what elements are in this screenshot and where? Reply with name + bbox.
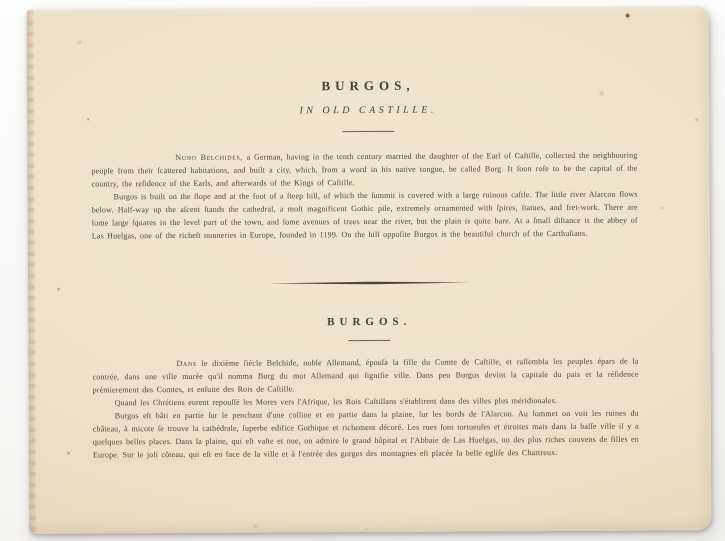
scanned-book-page: BURGOS, IN OLD CASTILLE. Nuno Belchides,… xyxy=(27,6,712,534)
french-heading: BURGOS. xyxy=(28,314,710,330)
title-rule xyxy=(342,131,394,132)
french-paragraph-1: Dans le dixième ſiécle Belchide, noble A… xyxy=(92,355,638,397)
page-title: BURGOS, xyxy=(27,76,709,96)
foxing-spot xyxy=(67,452,70,455)
paragraph-body: a German, having in the tenth century ma… xyxy=(91,151,637,189)
paragraph-lead: Dans xyxy=(176,359,196,368)
english-paragraph-1: Nuno Belchides, a German, having in the … xyxy=(91,149,637,191)
foxing-spot xyxy=(364,528,367,530)
english-title-block: BURGOS, IN OLD CASTILLE. xyxy=(27,76,709,134)
french-paragraph-3: Burgos eſt bâti en partie ſur le penchan… xyxy=(93,407,639,462)
french-heading-rule xyxy=(348,340,390,341)
french-text-column: Dans le dixième ſiécle Belchide, noble A… xyxy=(92,355,639,462)
english-text-column: Nuno Belchides, a German, having in the … xyxy=(91,149,637,243)
foxing-spot xyxy=(661,206,664,209)
section-divider xyxy=(28,279,710,287)
foxing-spot xyxy=(626,14,630,18)
french-title-block: BURGOS. xyxy=(28,314,710,343)
foxing-spot xyxy=(77,41,82,45)
foxing-spot xyxy=(57,288,60,291)
paragraph-body: le dixième ſiécle Belchide, noble Allema… xyxy=(93,357,639,395)
english-paragraph-2: Burgos is built on the ſlope and at the … xyxy=(92,188,638,243)
page-subtitle: IN OLD CASTILLE. xyxy=(27,103,709,118)
foxing-spot xyxy=(253,525,257,528)
section-divider-rule xyxy=(268,280,470,285)
paragraph-lead: Nuno Belchides, xyxy=(175,153,243,162)
